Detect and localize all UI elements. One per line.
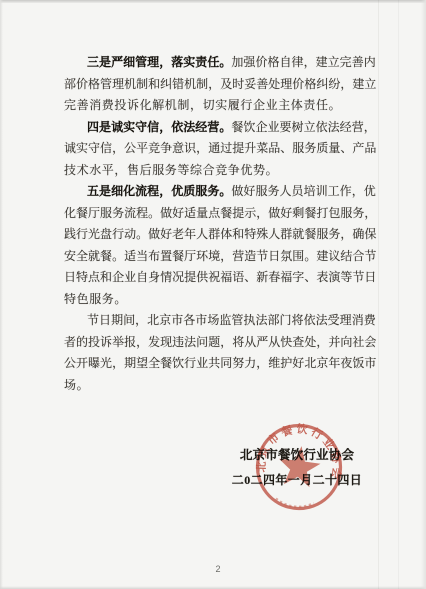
seal-bottom-marks xyxy=(275,498,313,508)
scan-edge-right xyxy=(421,0,426,589)
page-number: 2 xyxy=(209,564,227,574)
text-line: 化餐厅服务流程。做好适量点餐提示，做好剩餐打包服务， xyxy=(64,203,376,225)
scan-edge-left xyxy=(0,0,3,589)
text-line: 日特点和企业自身情况提供祝福语、新春福字、表演等节日 xyxy=(64,267,376,289)
scan-artifact-line xyxy=(378,0,379,589)
signature-org: 北京市餐饮行业协会 xyxy=(228,443,366,468)
text-line: 四是诚实守信，依法经营。餐饮企业要树立依法经营， xyxy=(64,117,376,139)
paragraph-indent xyxy=(64,181,87,203)
scan-edge-top xyxy=(0,0,426,3)
text-line: 者的投诉举报，发现违法问题，将从严从快查处，并向社会 xyxy=(64,332,376,354)
text-line: 三是严细管理，落实责任。加强价格自律，建立完善内 xyxy=(64,52,376,74)
text-line: 完善消费投诉化解机制，切实履行企业主体责任。 xyxy=(64,95,376,117)
text-line: 技术水平，售后服务等综合竞争优势。 xyxy=(64,160,376,182)
text-line: 节日期间，北京市各市场监管执法部门将依法受理消费 xyxy=(64,310,376,332)
text-line: 公开曝光，期望全餐饮行业共同努力，维护好北京年夜饭市 xyxy=(64,353,376,375)
paragraph-indent xyxy=(64,310,87,332)
text-line: 特色服务。 xyxy=(64,289,376,311)
scan-artifact-line xyxy=(398,0,399,589)
text-line: 安全就餐。适当布置餐厅环境，营造节日氛围。建议结合节 xyxy=(64,246,376,268)
text-line: 场。 xyxy=(64,375,376,397)
paragraph-indent xyxy=(64,52,87,74)
text-line: 践行光盘行动。做好老年人群体和特殊人群就餐服务，确保 xyxy=(64,224,376,246)
text-line: 五是细化流程，优质服务。做好服务人员培训工作，优 xyxy=(64,181,376,203)
signature-date: 二0二四年一月二十四日 xyxy=(228,468,366,493)
paragraph-indent xyxy=(64,117,87,139)
signature-block: 北京市餐饮行业协会 二0二四年一月二十四日 xyxy=(228,443,366,493)
text-line: 部价格管理机制和纠错机制，及时妥善处理价格纠纷，建立 xyxy=(64,74,376,96)
scanned-page: 三是严细管理，落实责任。加强价格自律，建立完善内部价格管理机制和纠错机制，及时妥… xyxy=(0,0,426,589)
text-line: 诚实守信，公平竞争意识，通过提升菜品、服务质量、产品 xyxy=(64,138,376,160)
document-body: 三是严细管理，落实责任。加强价格自律，建立完善内部价格管理机制和纠错机制，及时妥… xyxy=(64,52,376,396)
